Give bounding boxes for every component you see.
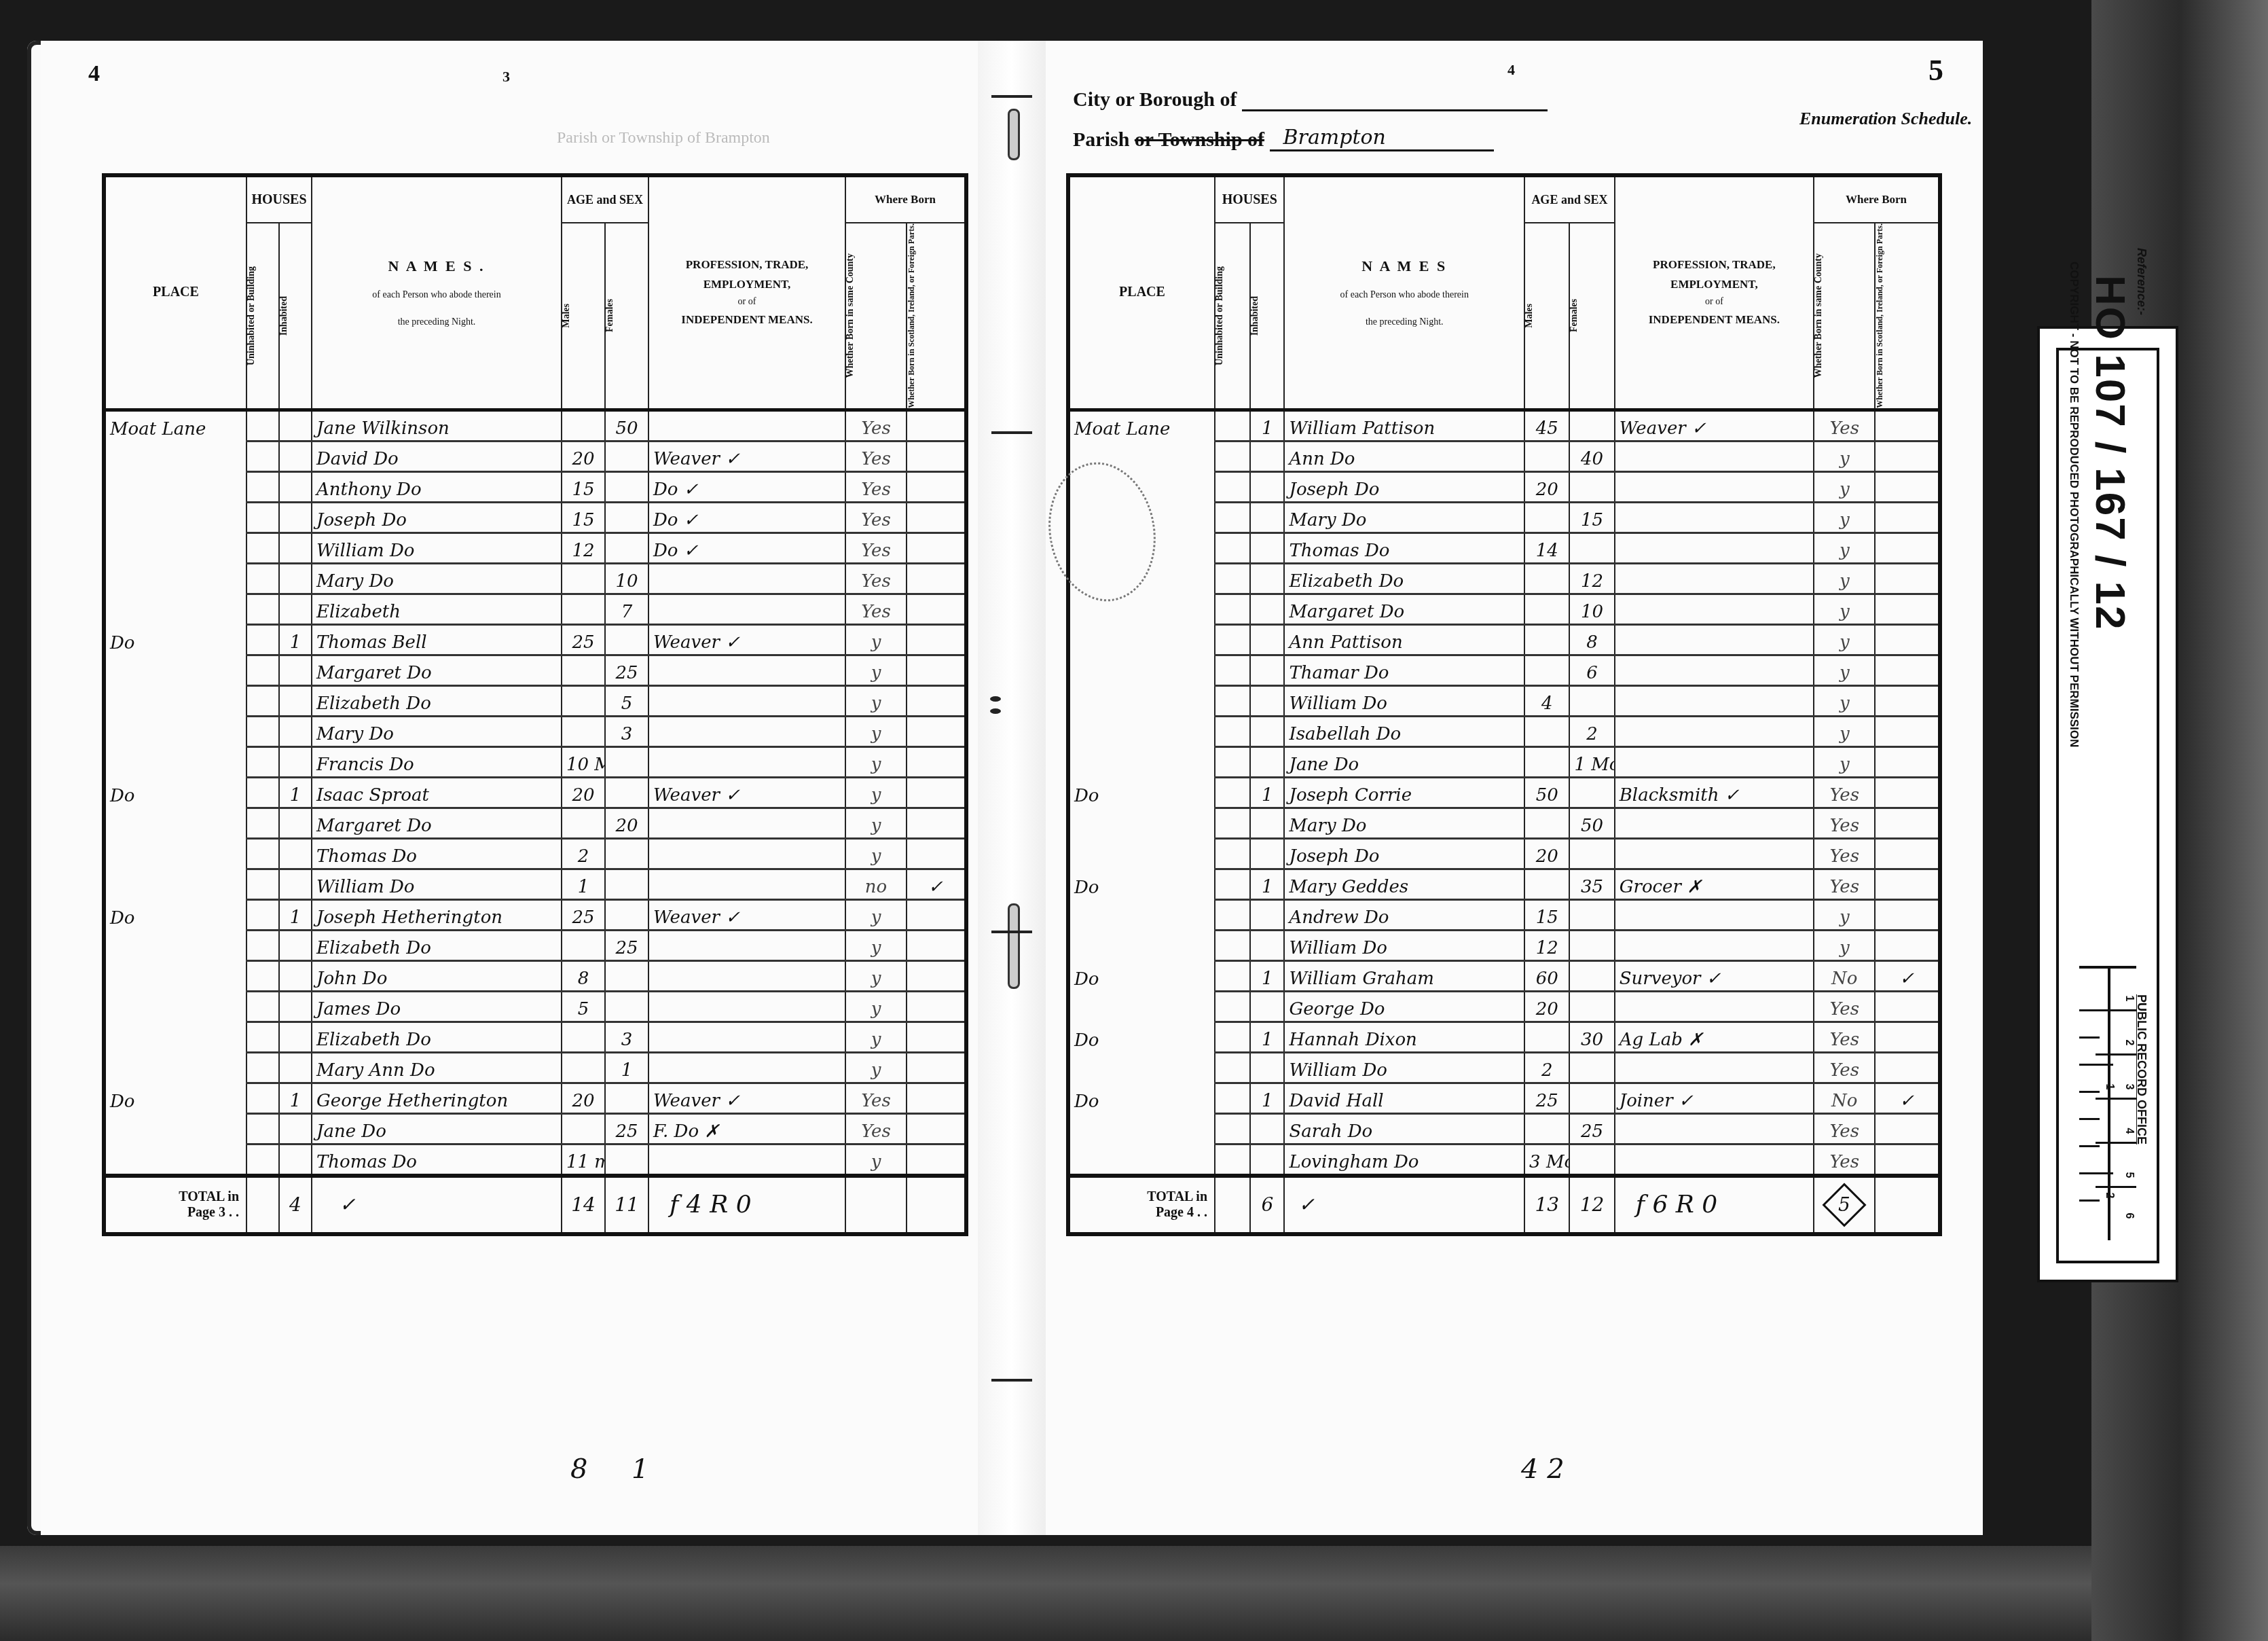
left-census-table: PLACE HOUSES N A M E S . of each Person … <box>102 173 968 1236</box>
cell-born-county: y <box>1814 502 1875 533</box>
cell-inhabited <box>279 502 312 533</box>
cell-uninhabited <box>1215 502 1250 533</box>
cell-born-elsewhere <box>907 594 966 624</box>
cell-females: 40 <box>1569 441 1614 471</box>
cell-males <box>562 1113 605 1144</box>
profession-line4: INDEPENDENT MEANS. <box>1615 310 1813 330</box>
cell-uninhabited <box>246 746 279 777</box>
ruler-inch-1: 1 <box>2103 1084 2115 1090</box>
cell-name: David Do <box>312 441 562 471</box>
cell-females <box>605 960 648 991</box>
cell-males <box>562 594 605 624</box>
census-row: Andrew Do15y <box>1068 899 1940 930</box>
cell-profession <box>1615 655 1814 685</box>
cell-born-elsewhere <box>1875 563 1940 594</box>
cell-inhabited <box>1250 471 1284 502</box>
cell-uninhabited <box>1215 930 1250 960</box>
cell-males: 20 <box>562 441 605 471</box>
cell-males <box>562 655 605 685</box>
cell-born-elsewhere <box>1875 624 1940 655</box>
enumeration-schedule-label: Enumeration Schedule. <box>1799 109 1972 129</box>
cell-females: 35 <box>1569 869 1614 899</box>
cell-name: Joseph Do <box>1284 838 1524 869</box>
left-total-born-county <box>845 1176 907 1234</box>
cell-born-elsewhere <box>907 716 966 746</box>
cell-name: Jane Do <box>312 1113 562 1144</box>
right-total-males: 13 <box>1524 1176 1569 1234</box>
cell-profession <box>648 960 845 991</box>
cell-males: 8 <box>562 960 605 991</box>
cell-profession: Do ✓ <box>648 471 845 502</box>
left-page-marker: 3 <box>502 68 510 86</box>
book-gutter <box>978 41 1046 1535</box>
cell-born-county: y <box>845 930 907 960</box>
cell-uninhabited <box>1215 960 1250 991</box>
cell-females <box>1569 991 1614 1022</box>
cell-born-county: y <box>1814 899 1875 930</box>
cell-females: 50 <box>605 410 648 441</box>
cell-profession <box>648 655 845 685</box>
cell-profession <box>648 1144 845 1176</box>
cell-name: Elizabeth Do <box>312 930 562 960</box>
cell-name: Thomas Do <box>312 1144 562 1176</box>
cell-females <box>605 899 648 930</box>
left-corner-number: 4 <box>88 61 100 87</box>
parish-value: Brampton <box>1270 126 1386 149</box>
cell-place: Do <box>1068 1022 1215 1052</box>
census-book-spread: 4 3 Parish or Township of Brampton PLACE… <box>27 41 1983 1535</box>
cell-born-elsewhere <box>907 1113 966 1144</box>
cell-place <box>104 838 246 869</box>
profession-line1: PROFESSION, TRADE, <box>649 255 845 275</box>
cell-name: William Pattison <box>1284 410 1524 441</box>
col-place: PLACE <box>104 175 246 410</box>
cell-uninhabited <box>1215 746 1250 777</box>
left-total-row: TOTAL in Page 3 . . 4 ✓ 14 11 f 4 R 0 <box>104 1176 966 1234</box>
census-row: Mary Do50Yes <box>1068 808 1940 838</box>
cell-uninhabited <box>246 716 279 746</box>
cell-profession <box>648 746 845 777</box>
cell-profession: Ag Lab ✗ <box>1615 1022 1814 1052</box>
cell-profession <box>1615 1144 1814 1176</box>
cell-name: William Do <box>312 533 562 563</box>
cell-born-county: y <box>845 960 907 991</box>
cell-born-elsewhere <box>907 808 966 838</box>
census-row: Isabellah Do2y <box>1068 716 1940 746</box>
census-row: Sarah Do25Yes <box>1068 1113 1940 1144</box>
cell-females <box>1569 1144 1614 1176</box>
cell-males <box>562 1022 605 1052</box>
cell-born-county: Yes <box>845 410 907 441</box>
gutter-mark <box>991 95 1032 98</box>
cell-females: 25 <box>605 655 648 685</box>
gutter-mark <box>991 431 1032 434</box>
parish-label: Parish <box>1073 128 1129 151</box>
cell-profession: Joiner ✓ <box>1615 1083 1814 1113</box>
right-census-table: PLACE HOUSES N A M E S of each Person wh… <box>1066 173 1942 1236</box>
cell-inhabited <box>279 533 312 563</box>
cell-place <box>104 1052 246 1083</box>
cell-place <box>104 746 246 777</box>
cell-females: 12 <box>1569 563 1614 594</box>
cell-born-elsewhere <box>907 624 966 655</box>
cell-born-county: Yes <box>845 563 907 594</box>
ruler-cm-4: 4 <box>2123 1128 2136 1134</box>
cell-inhabited <box>279 471 312 502</box>
ruler-cm-2: 2 <box>2123 1040 2136 1046</box>
cell-place: Do <box>1068 777 1215 808</box>
census-row: Margaret Do20y <box>104 808 966 838</box>
cell-born-elsewhere <box>1875 808 1940 838</box>
right-census-rows: Moat Lane1William Pattison45Weaver ✓YesA… <box>1068 410 1940 1176</box>
cell-profession <box>648 869 845 899</box>
cell-males: 25 <box>562 624 605 655</box>
cell-uninhabited <box>1215 1113 1250 1144</box>
cell-profession <box>1615 624 1814 655</box>
left-total-inhabited: 4 <box>279 1176 312 1234</box>
left-total-born-elsewhere <box>907 1176 966 1234</box>
cell-uninhabited <box>246 685 279 716</box>
cell-born-elsewhere <box>1875 716 1940 746</box>
cell-born-county: Yes <box>845 441 907 471</box>
cell-name: Mary Do <box>312 716 562 746</box>
left-faint-header: Parish or Township of Brampton <box>557 129 770 147</box>
cell-profession <box>648 991 845 1022</box>
cell-name: William Do <box>1284 930 1524 960</box>
cell-uninhabited <box>246 655 279 685</box>
cell-place <box>104 808 246 838</box>
cell-inhabited <box>279 1113 312 1144</box>
cell-born-elsewhere <box>1875 991 1940 1022</box>
left-margin-note-1: 8 <box>570 1454 587 1485</box>
cell-born-county: y <box>845 1022 907 1052</box>
cell-uninhabited <box>246 838 279 869</box>
cell-born-elsewhere <box>907 685 966 716</box>
names-sub1: of each Person who abode therein <box>312 290 561 301</box>
cell-uninhabited <box>246 991 279 1022</box>
cell-inhabited: 1 <box>1250 410 1284 441</box>
cell-born-county: Yes <box>845 502 907 533</box>
cell-born-elsewhere <box>907 746 966 777</box>
cell-place <box>1068 991 1215 1022</box>
cell-inhabited <box>1250 1144 1284 1176</box>
census-row: Elizabeth7Yes <box>104 594 966 624</box>
gutter-mark <box>991 931 1032 933</box>
cell-females <box>1569 533 1614 563</box>
cell-place <box>104 960 246 991</box>
census-row: David Do20Weaver ✓Yes <box>104 441 966 471</box>
cell-name: Joseph Do <box>312 502 562 533</box>
cell-born-county: y <box>1814 716 1875 746</box>
cell-born-county: Yes <box>845 594 907 624</box>
census-row: Thomas Do2y <box>104 838 966 869</box>
cell-name: Joseph Do <box>1284 471 1524 502</box>
profession-line1: PROFESSION, TRADE, <box>1615 255 1813 275</box>
cell-females <box>605 991 648 1022</box>
census-row: Joseph Do20Yes <box>1068 838 1940 869</box>
cell-born-elsewhere <box>907 533 966 563</box>
cell-inhabited <box>1250 746 1284 777</box>
right-total-names: ✓ <box>1284 1176 1524 1234</box>
parish-field: Parish or Township of Brampton <box>1073 126 1494 151</box>
cell-born-county: y <box>845 1052 907 1083</box>
cell-females <box>605 502 648 533</box>
cell-born-elsewhere <box>1875 1022 1940 1052</box>
binding-thread <box>1008 903 1020 989</box>
cell-males: 4 <box>1524 685 1569 716</box>
cell-males: 2 <box>1524 1052 1569 1083</box>
cell-born-elsewhere <box>1875 869 1940 899</box>
cell-females <box>605 777 648 808</box>
col-place: PLACE <box>1068 175 1215 410</box>
cell-uninhabited <box>1215 1022 1250 1052</box>
cell-males: 5 <box>562 991 605 1022</box>
cell-born-county: No <box>1814 1083 1875 1113</box>
cell-females: 6 <box>1569 655 1614 685</box>
cell-uninhabited <box>246 1083 279 1113</box>
cell-males: 1 <box>562 869 605 899</box>
cell-born-county: y <box>1814 563 1875 594</box>
cell-males <box>1524 869 1569 899</box>
census-row: Joseph Do20y <box>1068 471 1940 502</box>
left-total-uninhabited <box>246 1176 279 1234</box>
parish-struck-text: or Township of <box>1135 128 1264 151</box>
copyright-notice: COPYRIGHT - NOT TO BE REPRODUCED PHOTOGR… <box>2067 248 2081 1144</box>
cell-name: Margaret Do <box>312 655 562 685</box>
cell-born-county: Yes <box>845 1113 907 1144</box>
cell-inhabited: 1 <box>1250 869 1284 899</box>
cell-profession <box>648 685 845 716</box>
cell-profession: Surveyor ✓ <box>1615 960 1814 991</box>
cell-inhabited <box>279 808 312 838</box>
col-profession: PROFESSION, TRADE, EMPLOYMENT, or of IND… <box>1615 175 1814 410</box>
cell-inhabited: 1 <box>279 624 312 655</box>
cell-born-county: y <box>1814 594 1875 624</box>
cell-born-elsewhere <box>907 1144 966 1176</box>
census-row: William Do2Yes <box>1068 1052 1940 1083</box>
cell-place: Do <box>104 777 246 808</box>
census-row: Moat LaneJane Wilkinson50Yes <box>104 410 966 441</box>
cell-males: 14 <box>1524 533 1569 563</box>
cell-place: Do <box>104 624 246 655</box>
cell-uninhabited <box>1215 410 1250 441</box>
cell-born-elsewhere <box>1875 899 1940 930</box>
cell-males <box>562 563 605 594</box>
cell-inhabited <box>279 991 312 1022</box>
cell-males: 2 <box>562 838 605 869</box>
cell-born-elsewhere: ✓ <box>1875 1083 1940 1113</box>
cell-males: 25 <box>1524 1083 1569 1113</box>
cell-name: Isabellah Do <box>1284 716 1524 746</box>
cell-profession: Weaver ✓ <box>648 624 845 655</box>
cell-uninhabited <box>1215 655 1250 685</box>
census-row: Mary Do15y <box>1068 502 1940 533</box>
cell-profession <box>1615 716 1814 746</box>
cell-profession <box>648 1022 845 1052</box>
col-males: Males <box>562 223 605 410</box>
cell-uninhabited <box>246 930 279 960</box>
cell-inhabited <box>1250 441 1284 471</box>
cell-uninhabited <box>1215 685 1250 716</box>
cell-uninhabited <box>246 777 279 808</box>
cell-uninhabited <box>1215 594 1250 624</box>
col-born-county: Whether Born in same County <box>1814 223 1875 410</box>
left-margin-note-2: 1 <box>632 1454 648 1485</box>
cell-inhabited <box>279 655 312 685</box>
census-row: Joseph Do15Do ✓Yes <box>104 502 966 533</box>
cell-name: Thomas Do <box>312 838 562 869</box>
census-row: Do1Mary Geddes35Grocer ✗Yes <box>1068 869 1940 899</box>
census-row: Do1Joseph Corrie50Blacksmith ✓Yes <box>1068 777 1940 808</box>
census-row: William Do12Do ✓Yes <box>104 533 966 563</box>
cell-born-elsewhere <box>907 471 966 502</box>
reference-label: Reference:- PUBLIC RECORD OFFICE HO 107 … <box>2037 326 2178 1282</box>
cell-females: 15 <box>1569 502 1614 533</box>
cell-inhabited <box>279 563 312 594</box>
public-record-office: PUBLIC RECORD OFFICE <box>2134 994 2148 1144</box>
cell-profession <box>1615 441 1814 471</box>
cell-profession: Weaver ✓ <box>648 777 845 808</box>
cell-inhabited <box>279 1052 312 1083</box>
profession-line2: EMPLOYMENT, <box>649 275 845 295</box>
cell-born-county: y <box>1814 471 1875 502</box>
cell-born-county: no <box>845 869 907 899</box>
cell-born-elsewhere <box>907 563 966 594</box>
cell-name: Elizabeth Do <box>312 1022 562 1052</box>
cell-inhabited <box>1250 991 1284 1022</box>
names-sub2: the preceding Night. <box>1285 317 1524 328</box>
cell-place <box>1068 624 1215 655</box>
cell-born-elsewhere <box>1875 1052 1940 1083</box>
cell-profession <box>648 563 845 594</box>
cell-males <box>1524 563 1569 594</box>
cell-place <box>104 930 246 960</box>
cell-profession: Blacksmith ✓ <box>1615 777 1814 808</box>
cell-inhabited <box>279 930 312 960</box>
cell-born-elsewhere <box>907 502 966 533</box>
cell-males: 20 <box>1524 838 1569 869</box>
cell-uninhabited <box>246 1052 279 1083</box>
cell-females <box>1569 777 1614 808</box>
census-row: Elizabeth Do25y <box>104 930 966 960</box>
census-row: William Do4y <box>1068 685 1940 716</box>
cell-females: 25 <box>1569 1113 1614 1144</box>
cell-females <box>605 1144 648 1176</box>
cell-born-elsewhere <box>1875 441 1940 471</box>
cell-profession <box>648 410 845 441</box>
census-row: William Do12y <box>1068 930 1940 960</box>
cell-place <box>104 1113 246 1144</box>
measurement-ruler: 1 2 1 2 3 4 5 6 <box>2079 966 2136 1240</box>
right-total-label: TOTAL in Page 4 . . <box>1068 1176 1215 1234</box>
cell-inhabited <box>279 441 312 471</box>
cell-name: Lovingham Do <box>1284 1144 1524 1176</box>
cell-females: 1 <box>605 1052 648 1083</box>
cell-name: Thamar Do <box>1284 655 1524 685</box>
cell-born-county: y <box>1814 655 1875 685</box>
census-row: Do1David Hall25Joiner ✓No✓ <box>1068 1083 1940 1113</box>
cell-born-elsewhere <box>1875 410 1940 441</box>
cell-place: Do <box>104 899 246 930</box>
cell-females: 10 <box>1569 594 1614 624</box>
cell-females <box>605 838 648 869</box>
cell-males <box>1524 716 1569 746</box>
census-row: Do1Isaac Sproat20Weaver ✓y <box>104 777 966 808</box>
census-row: Margaret Do10y <box>1068 594 1940 624</box>
cell-born-county: y <box>845 655 907 685</box>
cell-place <box>104 563 246 594</box>
left-total-males: 14 <box>562 1176 605 1234</box>
cell-inhabited <box>1250 655 1284 685</box>
cell-males: 20 <box>562 1083 605 1113</box>
col-where-born: Where Born <box>845 175 966 223</box>
cell-females: 20 <box>605 808 648 838</box>
cell-inhabited <box>279 838 312 869</box>
census-row: Ann Do40y <box>1068 441 1940 471</box>
cell-name: John Do <box>312 960 562 991</box>
census-row: Thomas Do14y <box>1068 533 1940 563</box>
cell-place <box>104 502 246 533</box>
cell-males <box>562 930 605 960</box>
col-names: N A M E S of each Person who abode there… <box>1284 175 1524 410</box>
cell-inhabited <box>1250 563 1284 594</box>
cell-place <box>1068 838 1215 869</box>
cell-name: Elizabeth <box>312 594 562 624</box>
col-age-sex: AGE and SEX <box>1524 175 1615 223</box>
cell-place <box>104 471 246 502</box>
cell-uninhabited <box>246 808 279 838</box>
cell-females <box>1569 930 1614 960</box>
cell-inhabited <box>279 1022 312 1052</box>
census-row: James Do5y <box>104 991 966 1022</box>
cell-profession: Weaver ✓ <box>648 441 845 471</box>
cell-males <box>562 716 605 746</box>
cell-name: Margaret Do <box>312 808 562 838</box>
cell-born-county: Yes <box>1814 1022 1875 1052</box>
cell-born-elsewhere <box>1875 930 1940 960</box>
cell-inhabited <box>1250 838 1284 869</box>
cell-uninhabited <box>246 471 279 502</box>
cell-name: Mary Geddes <box>1284 869 1524 899</box>
cell-born-county: y <box>1814 624 1875 655</box>
census-row: Ann Pattison8y <box>1068 624 1940 655</box>
cell-uninhabited <box>1215 563 1250 594</box>
cell-place <box>104 685 246 716</box>
census-row: William Do1no✓ <box>104 869 966 899</box>
cell-place <box>104 533 246 563</box>
cell-profession <box>1615 1052 1814 1083</box>
right-total-born-elsewhere <box>1875 1176 1940 1234</box>
right-total-row: TOTAL in Page 4 . . 6 ✓ 13 12 f 6 R 0 5 <box>1068 1176 1940 1234</box>
cell-males: 10 Months <box>562 746 605 777</box>
cell-profession <box>1615 808 1814 838</box>
col-born-elsewhere: Whether Born in Scotland, Ireland, or Fo… <box>907 223 966 410</box>
census-row: Margaret Do25y <box>104 655 966 685</box>
cell-profession: Weaver ✓ <box>648 1083 845 1113</box>
cell-uninhabited <box>246 1144 279 1176</box>
cell-place <box>1068 655 1215 685</box>
cell-males: 60 <box>1524 960 1569 991</box>
col-males: Males <box>1524 223 1569 410</box>
col-houses: HOUSES <box>246 175 312 223</box>
cell-place <box>1068 746 1215 777</box>
cell-uninhabited <box>246 594 279 624</box>
cell-place <box>104 1144 246 1176</box>
scan-background-bottom <box>0 1546 2268 1641</box>
cell-born-elsewhere <box>907 838 966 869</box>
cell-born-county: Yes <box>1814 410 1875 441</box>
cell-uninhabited <box>246 502 279 533</box>
